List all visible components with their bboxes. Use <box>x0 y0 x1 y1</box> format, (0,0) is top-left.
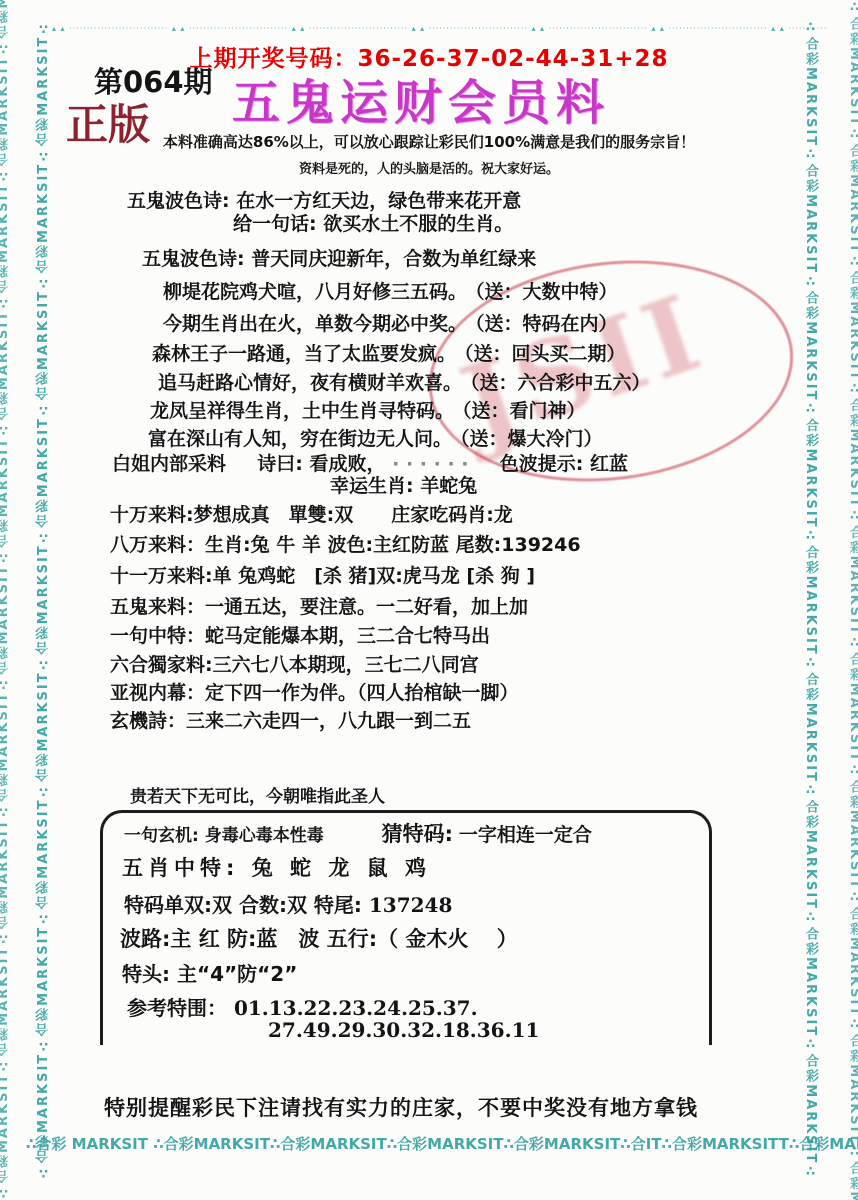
verse-gift: （送：六合彩中五六） <box>470 372 651 394</box>
reference-numbers-row2: 27.49.29.30.32.18.36.11 <box>268 1018 539 1042</box>
wave-poem-1-line2-label: 给一句话: <box>233 213 317 235</box>
five-zodiac-label: 五肖中特: <box>122 856 239 880</box>
verse-gift: （送：特码在内） <box>475 313 618 335</box>
material-line: 六合獨家料:三六七八本期现，三七二八同宫 <box>110 650 479 677</box>
saint-line: 贵若天下无可比，今朝唯指此圣人 <box>130 782 385 807</box>
verse-text: 今期生肖出在火，单数今期必中奖。 <box>163 313 467 335</box>
wave-poem-2-label: 五鬼波色诗: <box>142 248 245 270</box>
verse-line: 森林王子一路通，当了太监要发疯。（送：回头买二期） <box>152 339 626 366</box>
special-head-line: 特头: 主“4”防“2” <box>122 958 297 987</box>
material-line: 八万来料：生肖:兔 牛 羊 波色:主红防蓝 尾数:139246 <box>110 530 581 557</box>
material-line: 十万来料:梦想成真 單雙:双 庄家吃码肖:龙 <box>110 500 513 527</box>
verse-text: 森林王子一路通，当了太监要发疯。 <box>152 343 456 365</box>
lottery-tip-sheet: ▴ ▴ ···························· ▴ ▴ ···… <box>0 0 858 1200</box>
luck-tagline: 资料是死的，人的头脑是活的。祝大家好运。 <box>0 158 858 177</box>
reference-numbers-line1: 参考特围： 01.13.22.23.24.25.37. <box>127 992 478 1021</box>
wave-poem-1-line2: 给一句话: 欲买水土不服的生肖。 <box>233 209 513 236</box>
material-line: 五鬼来料：一通五达，要注意。一二好看，加上加 <box>110 592 528 619</box>
watermark-top-border: ▴ ▴ ···························· ▴ ▴ ···… <box>52 24 828 38</box>
material-line: 玄機詩：三来二六走四一，八九跟一到二五 <box>110 706 471 733</box>
wave-poem-2-intro: 五鬼波色诗: 普天同庆迎新年，合数为单红绿来 <box>142 244 536 271</box>
mystery-text: 身毒心毒本性毒 <box>205 826 324 846</box>
baijie-poem-label: 诗曰: <box>257 453 303 475</box>
wave-path-line: 波路:主 红 防:蓝 波 五行:（ 金木火 ） <box>120 923 518 953</box>
watermark-right-inner: ∴合彩MARKSIT∴合彩MARKSIT∴合彩MARKSIT∴合彩MARKSIT… <box>801 20 820 1180</box>
verse-gift: （送：大数中特） <box>475 281 618 303</box>
verse-text: 追马赶路心情好，夜有横财羊欢喜。 <box>158 372 462 394</box>
five-zodiac-values: 兔 蛇 龙 鼠 鸡 <box>252 856 431 880</box>
page-title: 五鬼运财会员料 <box>232 64 610 133</box>
wave-poem-2-intro-text: 普天同庆迎新年，合数为单红绿来 <box>251 248 536 270</box>
watermark-bottom-border: ∴合彩 MARKSIT ∴合彩MARKSIT∴合彩MARKSIT∴合彩MARKS… <box>26 1133 858 1155</box>
verse-text: 柳堤花院鸡犬喧，八月好修三五码。 <box>163 281 467 303</box>
watermark-left-inner: ∴合彩MARKSIT∴合彩MARKSIT∴合彩MARKSIT∴合彩MARKSIT… <box>34 20 53 1180</box>
material-line: 一句中特：蛇马定能爆本期，三二合七特马出 <box>110 621 490 648</box>
watermark-right-outer: ∴合彩MARKSIT∴合彩MARKSIT∴合彩MARKSIT∴合彩MARKSIT… <box>845 0 858 1200</box>
verse-line: 柳堤花院鸡犬喧，八月好修三五码。（送：大数中特） <box>163 277 618 304</box>
verse-text: 龙凤呈祥得生肖，土中生肖寻特码。 <box>150 400 454 422</box>
mystery-label: 一句玄机: <box>124 826 199 846</box>
verse-line: 龙凤呈祥得生肖，土中生肖寻特码。（送：看门神） <box>150 396 586 423</box>
mystery-line: 一句玄机: 身毒心毒本性毒 猜特码: 一字相连一定合 <box>124 818 592 848</box>
five-zodiac-line: 五肖中特: 兔 蛇 龙 鼠 鸡 <box>122 852 431 882</box>
watermark-left-outer: ∴合彩MARKSIT∴合彩MARKSIT∴合彩MARKSIT∴合彩MARKSIT… <box>0 0 13 1200</box>
accuracy-tagline: 本料准确高达86%以上，可以放心跟踪让彩民们100%满意是我们的服务宗旨！ <box>0 131 858 152</box>
color-hint: 红蓝 <box>590 453 628 475</box>
wave-poem-1-label: 五鬼波色诗: <box>127 190 230 212</box>
wave-poem-1-line2-text: 欲买水土不服的生肖。 <box>323 213 513 235</box>
lucky-zodiac-label: 幸运生肖: <box>330 475 414 497</box>
guess-special-text: 一字相连一定合 <box>459 824 592 846</box>
reference-label: 参考特围： <box>127 996 227 1020</box>
verse-line: 富在深山有人知，穷在街边无人问。（送：爆大冷门） <box>148 424 603 451</box>
lucky-zodiac-line: 幸运生肖: 羊蛇兔 <box>330 471 477 498</box>
guess-special-label: 猜特码: <box>382 822 453 846</box>
verse-gift: （送：爆大冷门） <box>460 428 603 450</box>
parity-line: 特码单双:双 合数:双 特尾: 137248 <box>124 889 452 918</box>
reference-numbers-row1: 01.13.22.23.24.25.37. <box>234 996 478 1020</box>
baijie-label: 白姐内部采料 <box>112 453 226 475</box>
color-hint-label: 色波提示: <box>500 453 584 475</box>
verse-text: 富在深山有人知，穷在街边无人问。 <box>148 428 452 450</box>
verse-gift: （送：回头买二期） <box>464 343 626 365</box>
verse-line: 今期生肖出在火，单数今期必中奖。（送：特码在内） <box>163 309 618 336</box>
material-line: 亚视内幕：定下四一作为伴。（四人抬棺缺一脚） <box>110 678 519 705</box>
lucky-zodiac: 羊蛇兔 <box>420 475 477 497</box>
footer-warning: 特别提醒彩民下注请找有实力的庄家，不要中奖没有地方拿钱 <box>104 1092 698 1122</box>
material-line: 十一万来料:单 兔鸡蛇 [杀 猪]双:虎马龙 [杀 狗 ] <box>110 561 535 588</box>
parity-text: 特码单双:双 合数:双 特尾: <box>124 893 362 917</box>
special-tail-number: 137248 <box>369 893 453 917</box>
verse-gift: （送：看门神） <box>462 400 586 422</box>
verse-line: 追马赶路心情好，夜有横财羊欢喜。（送：六合彩中五六） <box>158 368 651 395</box>
